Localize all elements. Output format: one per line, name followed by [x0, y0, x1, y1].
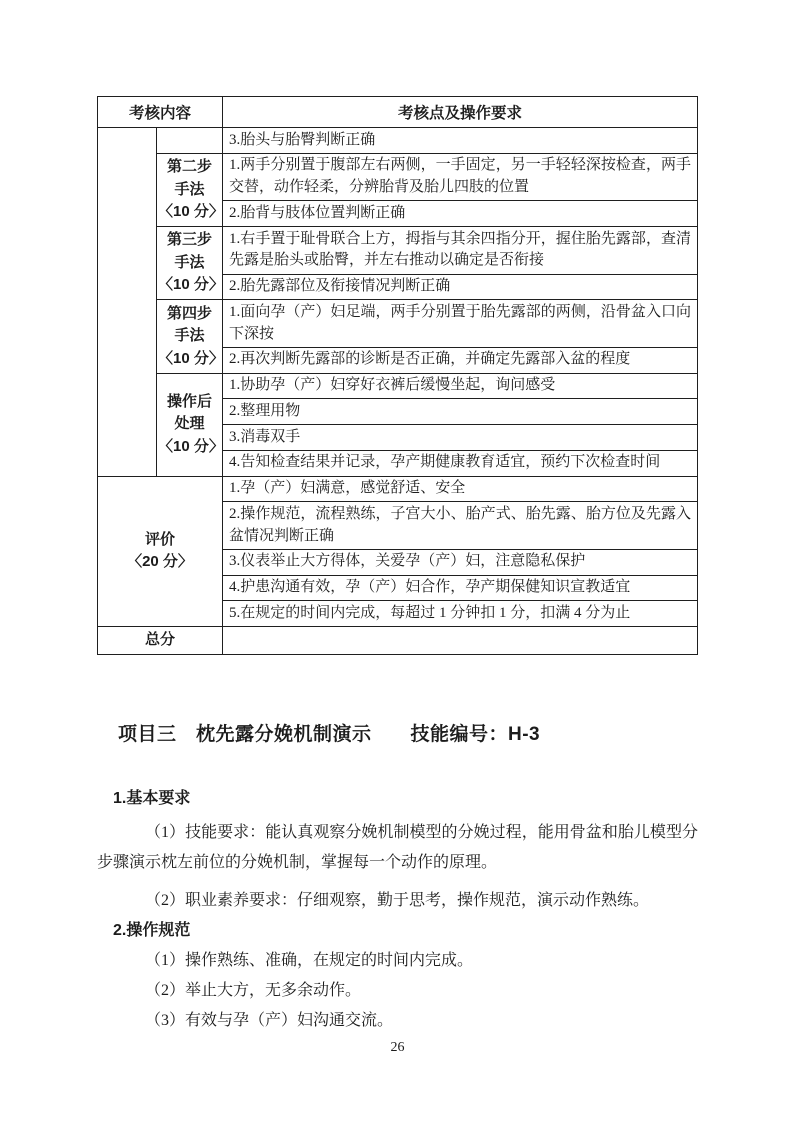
table-row: 评价 〈20 分〉 1.孕（产）妇满意，感觉舒适、安全 — [98, 476, 698, 502]
item-cell: 1.孕（产）妇满意，感觉舒适、安全 — [223, 476, 698, 502]
document-page: 考核内容 考核点及操作要求 3.胎头与胎臀判断正确 第二步 手法 〈10 分〉 … — [0, 0, 793, 1122]
header-cell-requirements: 考核点及操作要求 — [223, 97, 698, 128]
item-cell: 4.护患沟通有效，孕（产）妇合作，孕产期保健知识宣教适宜 — [223, 575, 698, 601]
basics-heading: 1.基本要求 — [113, 784, 698, 814]
step-label-cell — [157, 128, 223, 154]
step-label-cell: 操作后 处理 〈10 分〉 — [157, 373, 223, 476]
step-label-cell: 第四步 手法 〈10 分〉 — [157, 300, 223, 373]
table-row: 第二步 手法 〈10 分〉 1.两手分别置于腹部左右两侧，一手固定，另一手轻轻深… — [98, 153, 698, 201]
operations-item: （2）举止大方，无多余动作。 — [97, 976, 698, 1006]
table-row: 3.胎头与胎臀判断正确 — [98, 128, 698, 154]
basics-paragraph-2: （2）职业素养要求：仔细观察，勤于思考，操作规范，演示动作熟练。 — [97, 886, 698, 916]
item-cell: 3.消毒双手 — [223, 425, 698, 451]
total-label-cell: 总分 — [98, 627, 223, 655]
item-cell: 4.告知检查结果并记录，孕产期健康教育适宜，预约下次检查时间 — [223, 450, 698, 476]
table-row: 总分 — [98, 627, 698, 655]
item-cell: 2.胎先露部位及衔接情况判断正确 — [223, 274, 698, 300]
table-row: 操作后 处理 〈10 分〉 1.协助孕（产）妇穿好衣裤后缓慢坐起，询问感受 — [98, 373, 698, 399]
item-cell: 2.再次判断先露部的诊断是否正确，并确定先露部入盆的程度 — [223, 347, 698, 373]
total-value-cell — [223, 627, 698, 655]
header-cell-content: 考核内容 — [98, 97, 223, 128]
table-row: 第三步 手法 〈10 分〉 1.右手置于耻骨联合上方，拇指与其余四指分开，握住胎… — [98, 227, 698, 275]
outer-empty-cell — [98, 128, 157, 477]
item-cell: 5.在规定的时间内完成，每超过 1 分钟扣 1 分，扣满 4 分为止 — [223, 601, 698, 627]
operations-item: （3）有效与孕（产）妇沟通交流。 — [97, 1006, 698, 1036]
item-cell: 1.协助孕（产）妇穿好衣裤后缓慢坐起，询问感受 — [223, 373, 698, 399]
operations-item: （1）操作熟练、准确，在规定的时间内完成。 — [97, 946, 698, 976]
table-header-row: 考核内容 考核点及操作要求 — [98, 97, 698, 128]
operations-heading: 2.操作规范 — [113, 916, 698, 946]
basics-paragraph-1: （1）技能要求：能认真观察分娩机制模型的分娩过程，能用骨盆和胎儿模型分步骤演示枕… — [97, 818, 698, 878]
assessment-table: 考核内容 考核点及操作要求 3.胎头与胎臀判断正确 第二步 手法 〈10 分〉 … — [97, 96, 698, 655]
page-number: 26 — [97, 1040, 698, 1056]
step-label-cell: 第二步 手法 〈10 分〉 — [157, 153, 223, 226]
page-content: 考核内容 考核点及操作要求 3.胎头与胎臀判断正确 第二步 手法 〈10 分〉 … — [97, 96, 698, 1036]
item-cell: 2.胎背与肢体位置判断正确 — [223, 201, 698, 227]
item-cell: 2.整理用物 — [223, 399, 698, 425]
project-title: 项目三 枕先露分娩机制演示 技能编号：H-3 — [118, 719, 698, 746]
step-label-cell: 第三步 手法 〈10 分〉 — [157, 227, 223, 300]
item-cell: 1.两手分别置于腹部左右两侧，一手固定，另一手轻轻深按检查，两手交替，动作轻柔，… — [223, 153, 698, 201]
item-cell: 3.仪表举止大方得体，关爱孕（产）妇，注意隐私保护 — [223, 549, 698, 575]
item-cell: 1.面向孕（产）妇足端，两手分别置于胎先露部的两侧，沿骨盆入口向下深按 — [223, 300, 698, 348]
item-cell: 1.右手置于耻骨联合上方，拇指与其余四指分开，握住胎先露部，查清先露是胎头或胎臀… — [223, 227, 698, 275]
evaluation-label-cell: 评价 〈20 分〉 — [98, 476, 223, 627]
table-row: 第四步 手法 〈10 分〉 1.面向孕（产）妇足端，两手分别置于胎先露部的两侧，… — [98, 300, 698, 348]
item-cell: 3.胎头与胎臀判断正确 — [223, 128, 698, 154]
item-cell: 2.操作规范，流程熟练，子宫大小、胎产式、胎先露、胎方位及先露入盆情况判断正确 — [223, 502, 698, 550]
